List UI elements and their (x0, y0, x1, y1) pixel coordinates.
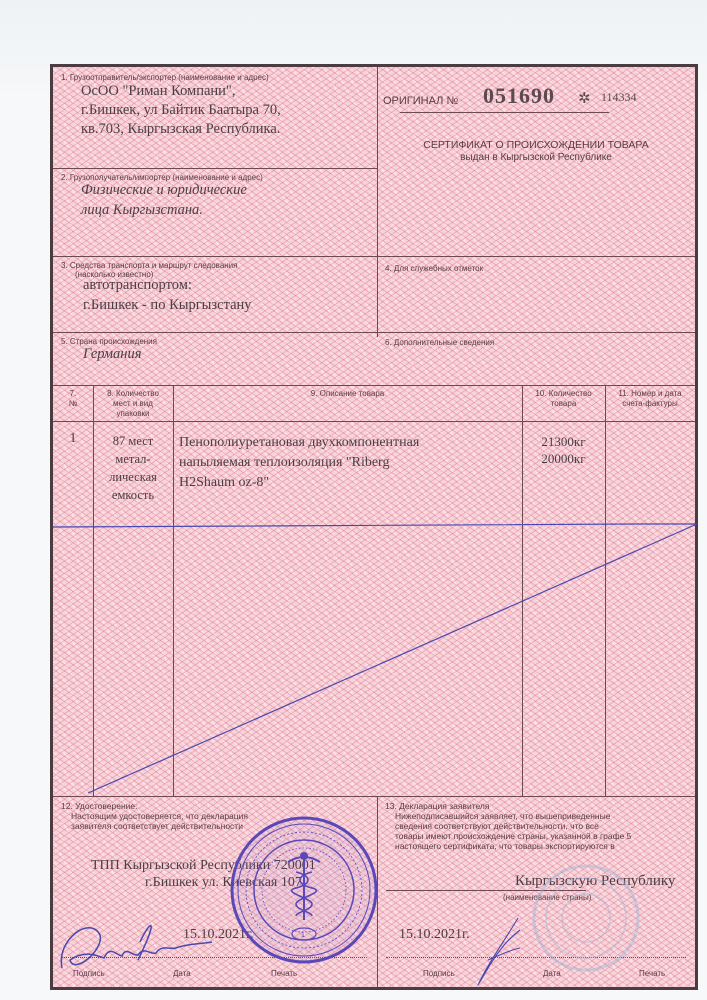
issuer-address: г.Бишкек ул. Киевская 107 (145, 874, 302, 891)
col11-header: 11. Номер и дата счета-фактуры (605, 389, 695, 409)
issuer-name: ТПП Кыргызской Республики 720001 (91, 857, 316, 874)
original-number-underline (400, 112, 609, 113)
exporter-name: ОсОО "Риман Компани", (81, 82, 235, 101)
box13-text-line1: Нижеподписавшийся заявляет, что вышеприв… (395, 811, 610, 821)
certificate-title: СЕРТИФИКАТ О ПРОИСХОЖДЕНИИ ТОВАРА (377, 139, 695, 151)
col8-header-line1: 8. Количество (93, 389, 173, 399)
description-line1: Пенополиуретановая двухкомпонентная (179, 433, 419, 453)
divider-table-bottom (53, 796, 695, 797)
box13-signature-line (386, 957, 686, 958)
col8-header-line2: мест и вид (93, 399, 173, 409)
serial-number: 051690 (483, 83, 555, 109)
col10-header-line2: товара (522, 399, 605, 409)
row-quantity: 21300кг 20000кг (522, 433, 605, 467)
divider-box3-box5 (53, 332, 695, 333)
col-divider-8-9 (173, 385, 174, 796)
col7-header-line2: № (53, 399, 93, 409)
consignee-line1: Физические и юридические (81, 181, 247, 200)
divider-main-vertical (377, 67, 378, 337)
col-divider-10-11 (605, 385, 606, 796)
box12-text-line1: Настоящим удостоверяется, что декларация (71, 811, 248, 821)
certificate-form: 1. Грузоотправитель/экспортер (наименова… (50, 64, 698, 990)
box12-signature-line (61, 957, 367, 958)
quantity-line1: 21300кг (522, 433, 605, 450)
col11-header-line1: 11. Номер и дата (605, 389, 695, 399)
divider-table-header (53, 421, 695, 422)
quantity-line2: 20000кг (522, 450, 605, 467)
box12-stamp-caption: Печать (271, 969, 297, 979)
box13-label: 13. Декларация заявителя (385, 801, 490, 811)
box13-signature-caption: Подпись (423, 969, 455, 979)
col10-header: 10. Количество товара (522, 389, 605, 409)
row-number: 1 (53, 430, 93, 447)
row-description: Пенополиуретановая двухкомпонентная напы… (179, 433, 419, 493)
box6-label: 6. Дополнительные сведения (385, 338, 494, 348)
country-underline (386, 890, 586, 891)
secondary-number: 114334 (601, 90, 637, 105)
box12-text-line2: заявителя соответствует действительности (71, 821, 243, 831)
exporter-address-line1: г.Бишкек, ул Байтик Баатыра 70, (81, 101, 281, 120)
divider-box5-table (53, 385, 695, 386)
box12-date: 15.10.2021г. (183, 927, 254, 943)
box4-label: 4. Для служебных отметок (385, 264, 483, 274)
packages-line4: емкость (93, 486, 173, 504)
row-packages: 87 мест метал- лическая емкость (93, 432, 173, 504)
packages-line2: метал- (93, 450, 173, 468)
country-of-origin: Германия (83, 345, 141, 364)
col7-header: 7. № (53, 389, 93, 409)
col8-header-line3: упаковки (93, 409, 173, 419)
transport-mode: автотранспортом: (83, 276, 192, 295)
description-line2: напыляемая теплоизоляция "Riberg (179, 453, 419, 473)
divider-box2-box3 (53, 256, 695, 257)
box13-text-line3: товары имеют происхождение страны, указа… (395, 831, 631, 841)
box12-label: 12. Удостоверение: (61, 801, 138, 811)
description-line3: H2Shaum oz-8" (179, 473, 419, 493)
divider-box1-box2 (53, 168, 377, 169)
box13-date: 15.10.2021г. (399, 927, 470, 943)
country-caption: (наименование страны) (503, 893, 591, 903)
certificate-subtitle: выдан в Кыргызской Республике (377, 152, 695, 164)
exporter-address-line2: кв.703, Кыргызская Республика. (81, 120, 280, 139)
box12-date-caption: Дата (173, 969, 191, 979)
col11-header-line2: счета-фактуры (605, 399, 695, 409)
consignee-line2: лица Кыргызстана. (81, 201, 203, 220)
packages-line1: 87 мест (93, 432, 173, 450)
col9-header: 9. Описание товара (173, 389, 522, 399)
box13-text-line2: сведения соответствуют действительности,… (395, 821, 599, 831)
box13-date-caption: Дата (543, 969, 561, 979)
box12-signature-caption: Подпись (73, 969, 105, 979)
divider-box12-box13 (377, 796, 378, 990)
box13-stamp-caption: Печать (639, 969, 665, 979)
col10-header-line1: 10. Количество (522, 389, 605, 399)
col7-header-line1: 7. (53, 389, 93, 399)
packages-line3: лическая (93, 468, 173, 486)
snowflake-icon: ✲ (578, 89, 591, 107)
original-label: ОРИГИНАЛ № (383, 95, 458, 108)
col8-header: 8. Количество мест и вид упаковки (93, 389, 173, 419)
box13-text-line4: настоящего сертификата, что товары экспо… (395, 841, 615, 851)
transport-route: г.Бишкек - по Кыргызстану (83, 296, 252, 315)
destination-country: Кыргызскую Республику (515, 873, 675, 890)
